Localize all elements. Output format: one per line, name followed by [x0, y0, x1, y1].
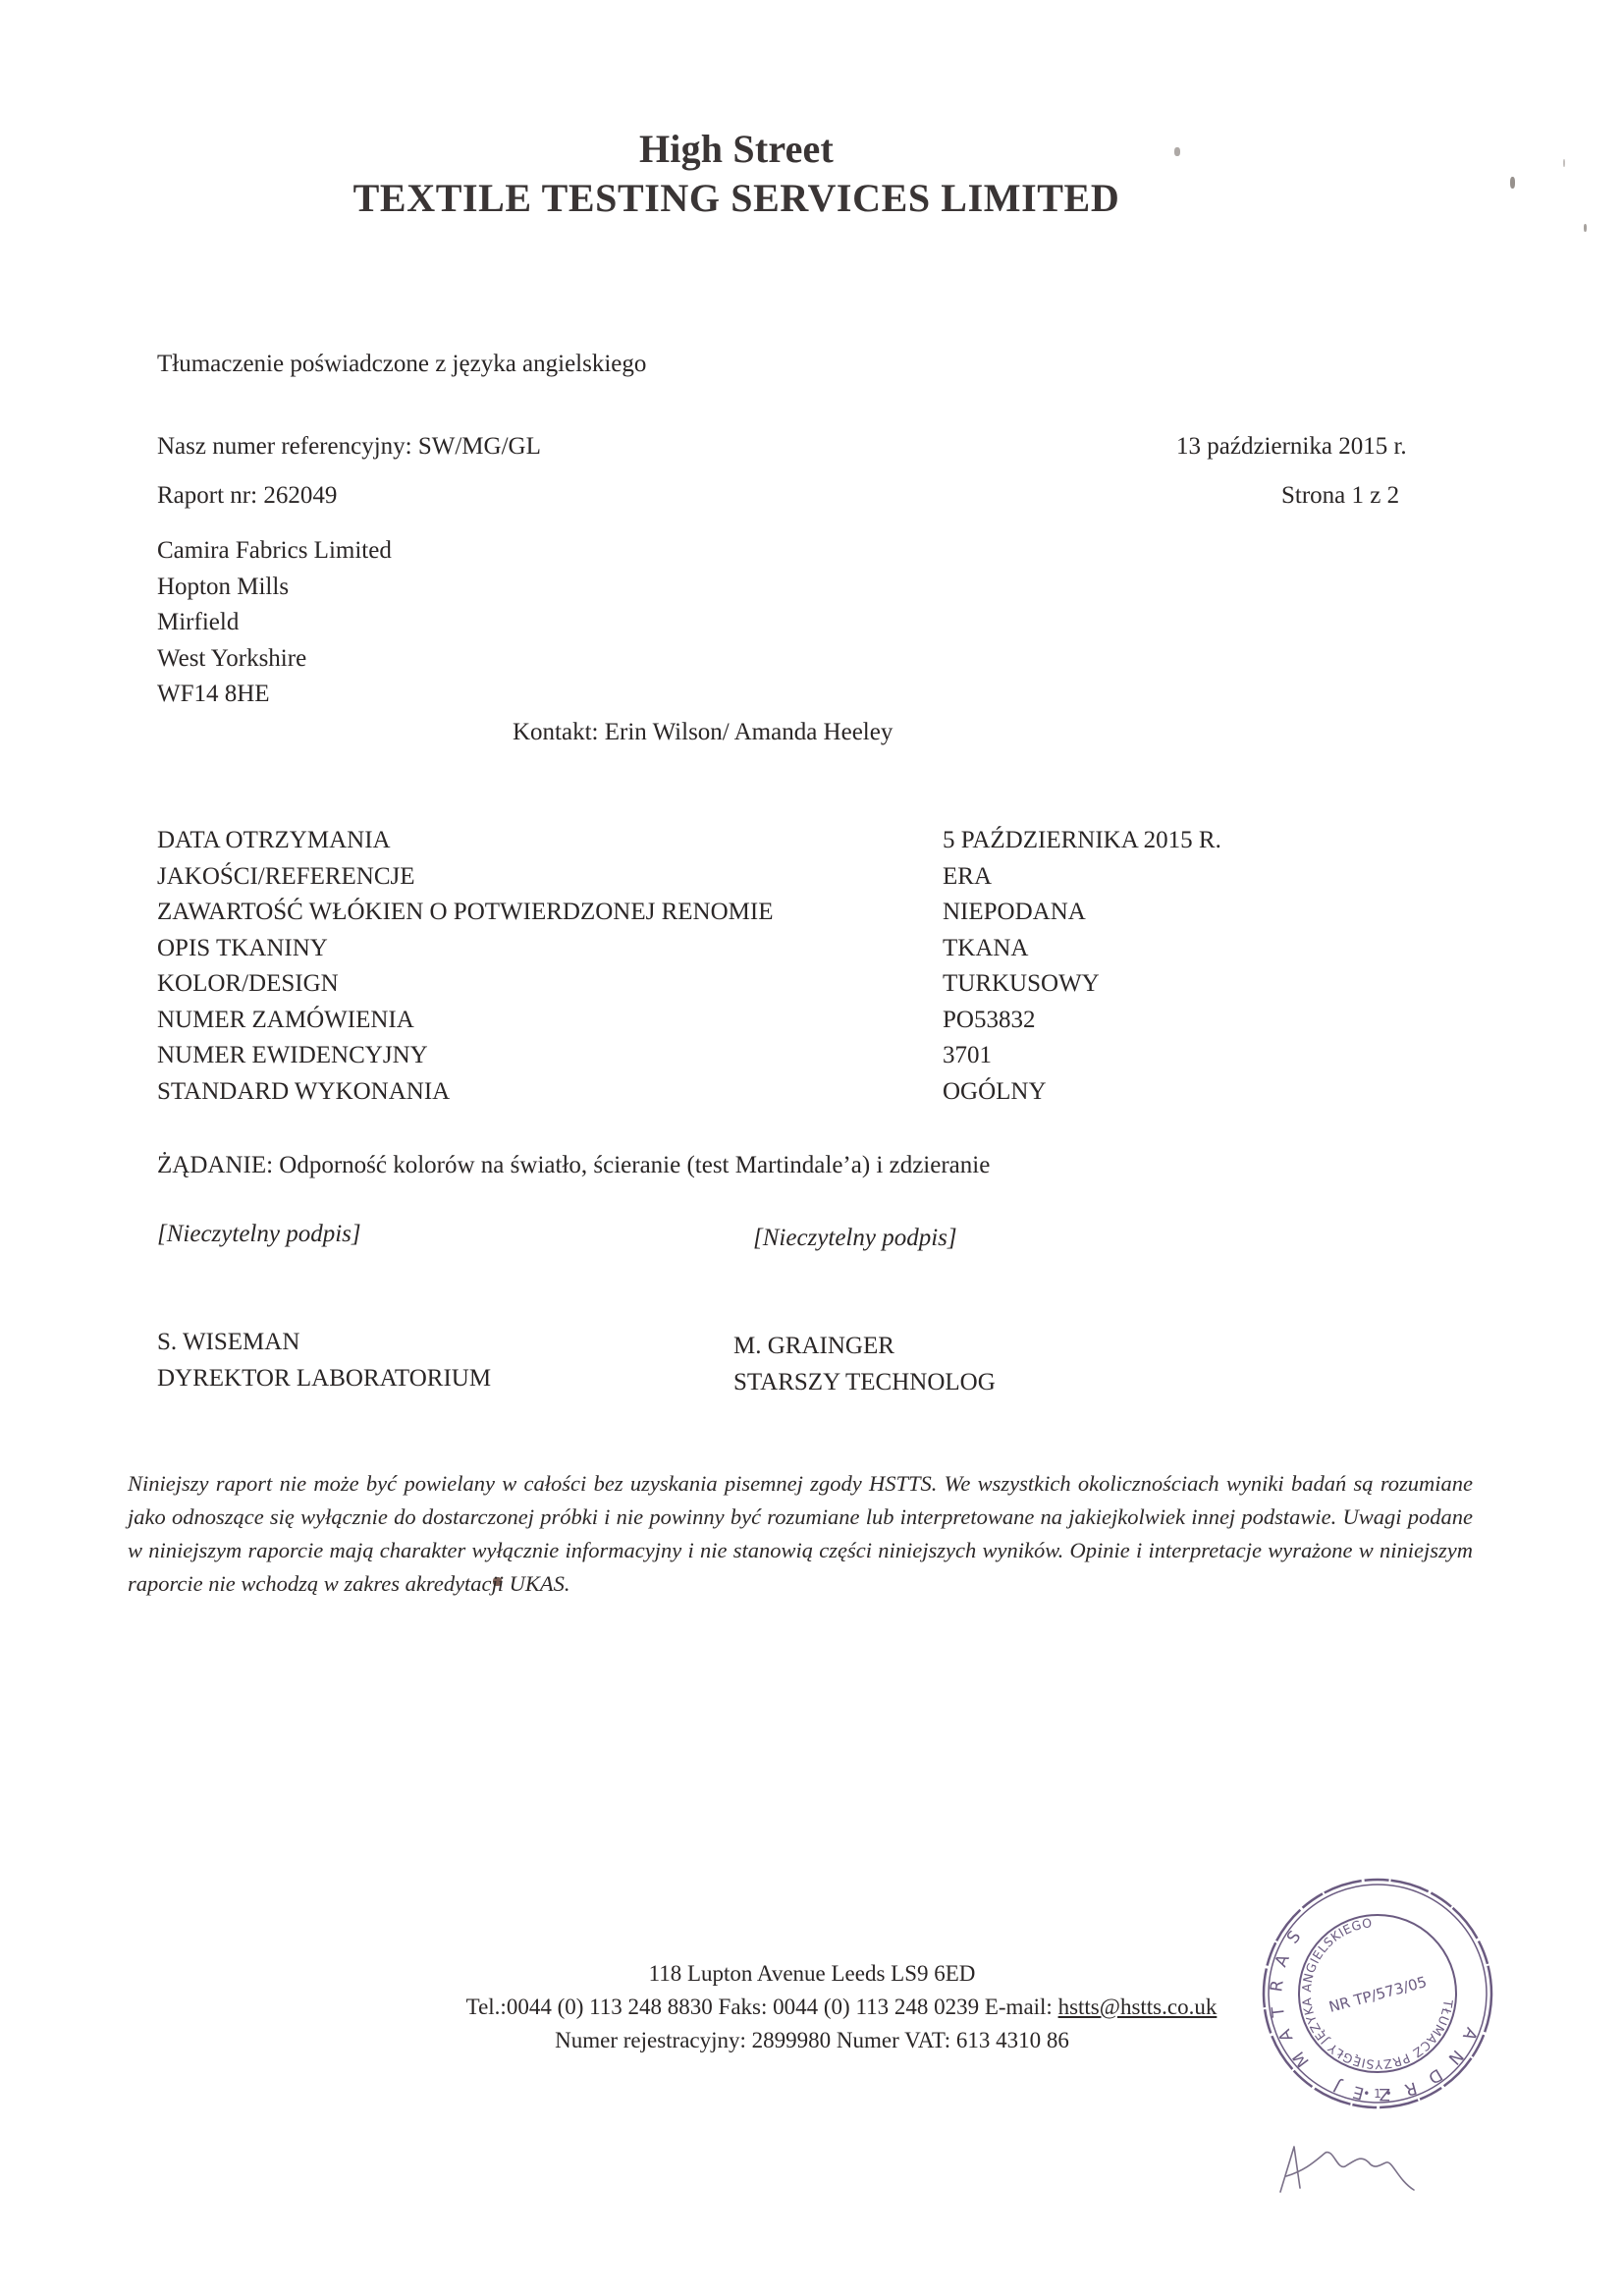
scan-speck [1584, 224, 1587, 232]
signer-title: DYREKTOR LABORATORIUM [157, 1360, 491, 1396]
details-labels: DATA OTRZYMANIA JAKOŚCI/REFERENCJE ZAWAR… [157, 823, 773, 1110]
detail-value: TKANA [943, 931, 1221, 967]
address-line: West Yorkshire [157, 641, 392, 678]
footer-phone-fax: Tel.:0044 (0) 113 248 8830 Faks: 0044 (0… [466, 1995, 1058, 2019]
svg-text:ANDRZEJ MATRAS: ANDRZEJ MATRAS [1260, 1913, 1495, 2111]
disclaimer: Niniejszy raport nie może być powielany … [128, 1467, 1473, 1601]
signer-block-2: M. GRAINGER STARSZY TECHNOLOG [733, 1328, 996, 1400]
report-date: 13 października 2015 r. [1176, 429, 1407, 465]
test-request: ŻĄDANIE: Odporność kolorów na światło, ś… [157, 1148, 990, 1183]
illegible-signature-1: [Nieczytelny podpis] [157, 1217, 361, 1252]
detail-label: STANDARD WYKONANIA [157, 1074, 773, 1111]
detail-value: PO53832 [943, 1003, 1221, 1039]
signer-name: M. GRAINGER [733, 1328, 996, 1364]
scan-speck [1174, 147, 1180, 156]
scan-speck [1510, 177, 1515, 189]
detail-label: ZAWARTOŚĆ WŁÓKIEN O POTWIERDZONEJ RENOMI… [157, 895, 773, 931]
signer-block-1: S. WISEMAN DYREKTOR LABORATORIUM [157, 1324, 491, 1396]
page-number: Strona 1 z 2 [1281, 478, 1399, 514]
detail-value: 3701 [943, 1038, 1221, 1074]
address-line: Mirfield [157, 605, 392, 641]
stamp-bottom-mark: • 1 • [1363, 2087, 1391, 2101]
detail-value: ERA [943, 859, 1221, 896]
stamp-icon: ANDRZEJ MATRAS TŁUMACZ PRZYSIĘGŁY JĘZYKA… [1260, 1876, 1495, 2111]
detail-label: JAKOŚCI/REFERENCJE [157, 859, 773, 896]
footer-email-link[interactable]: hstts@hstts.co.uk [1058, 1995, 1218, 2019]
stamp-outer-text: ANDRZEJ MATRAS [1260, 1913, 1495, 2111]
translation-note: Tłumaczenie poświadczone z języka angiel… [157, 347, 646, 382]
address-line: Camira Fabrics Limited [157, 533, 392, 570]
detail-value: TURKUSOWY [943, 966, 1221, 1003]
detail-value: 5 PAŹDZIERNIKA 2015 R. [943, 823, 1221, 859]
scan-speck [1563, 159, 1565, 167]
detail-value: OGÓLNY [943, 1074, 1221, 1111]
detail-label: KOLOR/DESIGN [157, 966, 773, 1003]
detail-value: NIEPODANA [943, 895, 1221, 931]
detail-label: OPIS TKANINY [157, 931, 773, 967]
stamp-center-text: NR TP/573/05 [1326, 1973, 1429, 2016]
address-line: WF14 8HE [157, 677, 392, 713]
company-title-line-1: High Street [0, 126, 1473, 172]
translator-stamp: ANDRZEJ MATRAS TŁUMACZ PRZYSIĘGŁY JĘZYKA… [1260, 1876, 1495, 2111]
detail-label: DATA OTRZYMANIA [157, 823, 773, 859]
signer-name: S. WISEMAN [157, 1324, 491, 1360]
contact-line: Kontakt: Erin Wilson/ Amanda Heeley [513, 715, 893, 750]
company-title-line-2: TEXTILE TESTING SERVICES LIMITED [0, 175, 1473, 221]
detail-label: NUMER ZAMÓWIENIA [157, 1003, 773, 1039]
our-reference: Nasz numer referencyjny: SW/MG/GL [157, 429, 541, 465]
details-values: 5 PAŹDZIERNIKA 2015 R. ERA NIEPODANA TKA… [943, 823, 1221, 1110]
report-number: Raport nr: 262049 [157, 478, 337, 514]
translator-signature [1276, 2141, 1443, 2200]
illegible-signature-2: [Nieczytelny podpis] [753, 1221, 957, 1256]
address-line: Hopton Mills [157, 570, 392, 606]
signer-title: STARSZY TECHNOLOG [733, 1364, 996, 1400]
detail-label: NUMER EWIDENCYJNY [157, 1038, 773, 1074]
recipient-address: Camira Fabrics Limited Hopton Mills Mirf… [157, 533, 392, 713]
handwritten-signature-icon [1276, 2141, 1443, 2200]
